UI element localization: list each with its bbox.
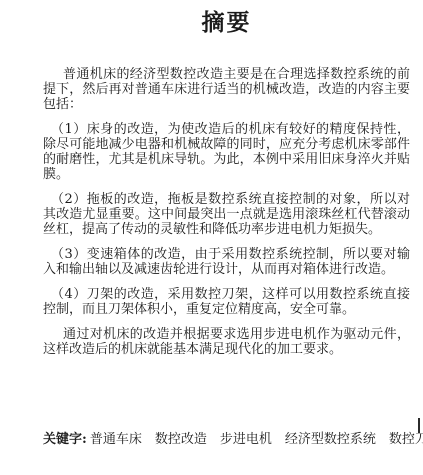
keywords-list: 普通车床数控改造步进电机经济型数控系统数控刀架 bbox=[87, 432, 423, 447]
keyword-item: 经济型数控系统 bbox=[285, 432, 376, 447]
abstract-paragraph-conclusion: 通过对机床的改造并根据要求选用步进电机作为驱动元件，这样改造后的机床就能基本满足… bbox=[43, 327, 410, 357]
abstract-paragraph-item-4: （4）刀架的改造，采用数控刀架，这样可以用数控系统直接控制，而且刀架体积小，重复… bbox=[43, 287, 410, 317]
document-content: 摘要 普通机床的经济型数控改造主要是在合理选择数控系统的前提下，然后再对普通车床… bbox=[0, 0, 423, 448]
keyword-item: 数控刀架 bbox=[389, 432, 423, 447]
keyword-item: 普通车床 bbox=[90, 432, 142, 447]
abstract-paragraph-intro: 普通机床的经济型数控改造主要是在合理选择数控系统的前提下，然后再对普通车床进行适… bbox=[43, 67, 410, 112]
abstract-paragraph-item-1: （1）床身的改造，为使改造后的机床有较好的精度保持性，除尽可能地减少电器和机械故… bbox=[43, 122, 410, 182]
abstract-paragraph-item-2: （2）拖板的改造，拖板是数控系统直接控制的对象，所以对其改造尤显重要。这中间最突… bbox=[43, 192, 410, 237]
document-page: 摘要 普通机床的经济型数控改造主要是在合理选择数控系统的前提下，然后再对普通车床… bbox=[0, 0, 423, 475]
keyword-item: 步进电机 bbox=[220, 432, 272, 447]
document-title: 摘要 bbox=[43, 8, 410, 38]
keywords-row: 关键字:普通车床数控改造步进电机经济型数控系统数控刀架 bbox=[43, 432, 410, 448]
keyword-item: 数控改造 bbox=[155, 432, 207, 447]
text-cursor-artifact bbox=[418, 418, 420, 433]
abstract-paragraph-item-3: （3）变速箱体的改造，由于采用数控系统控制，所以要对输入和输出轴以及减速齿轮进行… bbox=[43, 247, 410, 277]
keywords-label: 关键字: bbox=[43, 432, 87, 447]
